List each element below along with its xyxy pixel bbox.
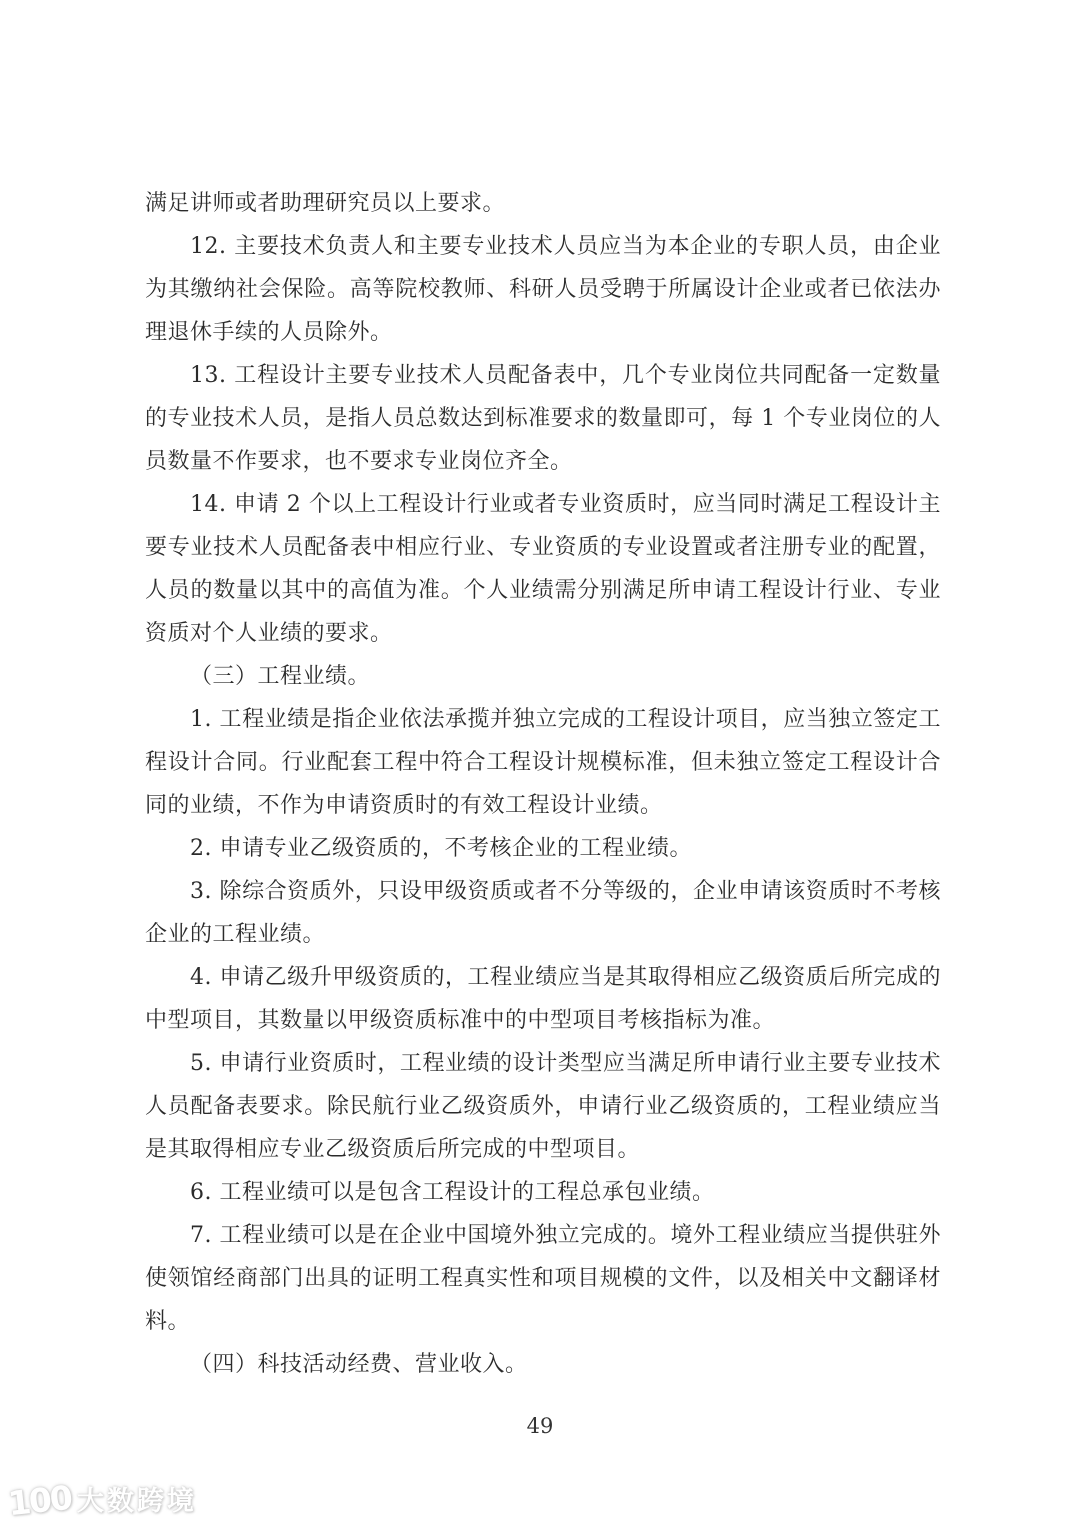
paragraph-item-7: 7. 工程业绩可以是在企业中国境外独立完成的。境外工程业绩应当提供驻外使领馆经商…: [145, 1214, 941, 1343]
page-number: 49: [0, 1410, 1080, 1442]
paragraph-item-2: 2. 申请专业乙级资质的，不考核企业的工程业绩。: [145, 827, 941, 870]
document-body: 满足讲师或者助理研究员以上要求。 12. 主要技术负责人和主要专业技术人员应当为…: [145, 182, 941, 1386]
section-heading-3: （三）工程业绩。: [145, 655, 941, 698]
paragraph-item-6: 6. 工程业绩可以是包含工程设计的工程总承包业绩。: [145, 1171, 941, 1214]
document-page: 满足讲师或者助理研究员以上要求。 12. 主要技术负责人和主要专业技术人员应当为…: [0, 0, 1080, 1527]
section-heading-4: （四）科技活动经费、营业收入。: [145, 1343, 941, 1386]
paragraph-item-1: 1. 工程业绩是指企业依法承揽并独立完成的工程设计项目，应当独立签定工程设计合同…: [145, 698, 941, 827]
watermark-text: 大数跨境: [77, 1484, 197, 1520]
watermark-logo-icon: 100: [6, 1479, 73, 1523]
paragraph-item-12: 12. 主要技术负责人和主要专业技术人员应当为本企业的专职人员，由企业为其缴纳社…: [145, 225, 941, 354]
watermark: 100 大数跨境: [8, 1482, 197, 1520]
paragraph-item-14: 14. 申请 2 个以上工程设计行业或者专业资质时，应当同时满足工程设计主要专业…: [145, 483, 941, 655]
paragraph-item-4: 4. 申请乙级升甲级资质的，工程业绩应当是其取得相应乙级资质后所完成的中型项目，…: [145, 956, 941, 1042]
paragraph-item-13: 13. 工程设计主要专业技术人员配备表中，几个专业岗位共同配备一定数量的专业技术…: [145, 354, 941, 483]
paragraph-item-3: 3. 除综合资质外，只设甲级资质或者不分等级的，企业申请该资质时不考核企业的工程…: [145, 870, 941, 956]
paragraph-item-5: 5. 申请行业资质时，工程业绩的设计类型应当满足所申请行业主要专业技术人员配备表…: [145, 1042, 941, 1171]
paragraph-continuation: 满足讲师或者助理研究员以上要求。: [145, 182, 941, 225]
